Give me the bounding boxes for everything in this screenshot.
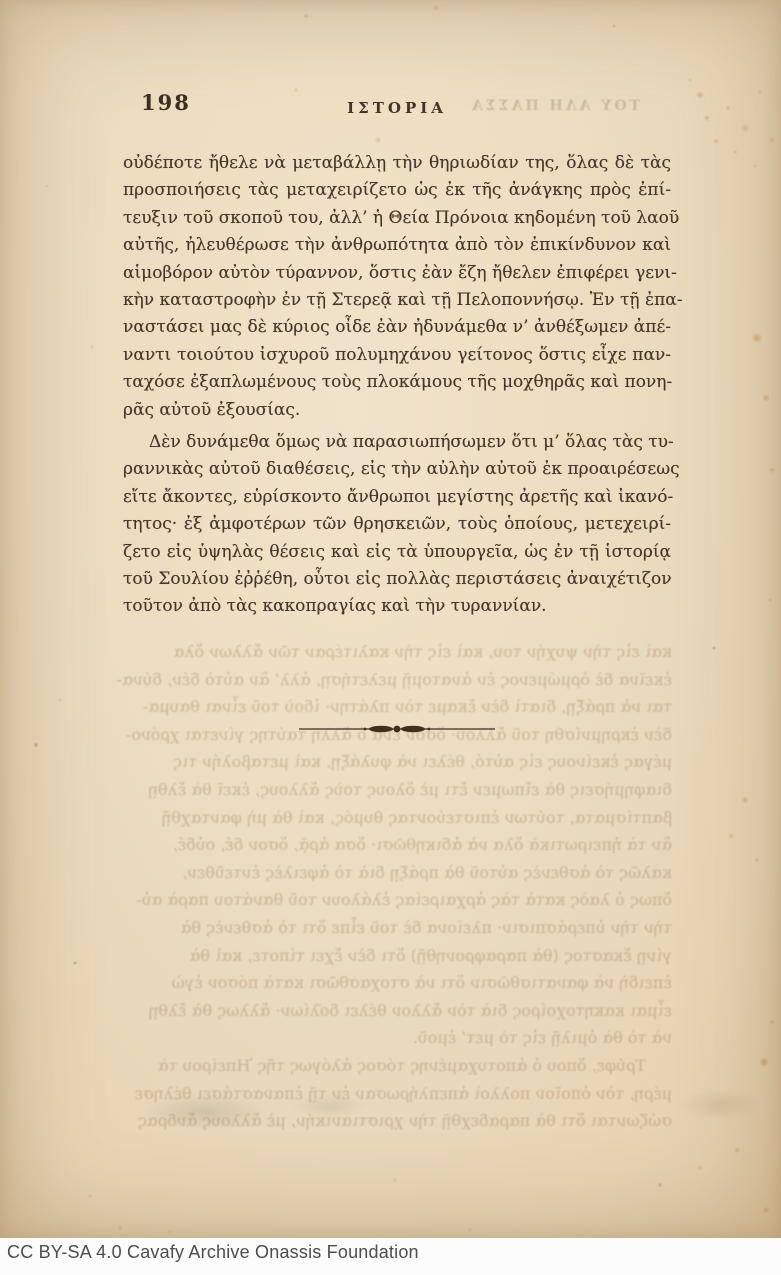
text-line: κὴν καταστροφὴν ἐν τῇ Στερεᾷ καὶ τῇ Πελο… xyxy=(123,287,671,314)
scanned-book-page: ΤΟΥ ΑΛΗ ΠΑΣΣΑ 198 ΙΣΤΟΡΙΑ καὶ εἰς τὴν ψυ… xyxy=(0,0,781,1238)
bleedthrough-line: ἐπειδὴ νὰ φανατισθῶσιν ὅτι νὰ στοχασθῶσι… xyxy=(106,969,672,997)
text-line: ρᾶς αὐτοῦ ἐξουσίας. xyxy=(123,397,671,424)
bleedthrough-text: καὶ εἰς τὴν ψυχήν του, καὶ εἰς τὴν καλιτ… xyxy=(106,638,672,1135)
bleedthrough-line: ἐκεῖνα δὲ ὁρμώμενος ἐν ἀνατομῇ μελετήσῃ,… xyxy=(106,666,672,694)
text-line: τευξιν τοῦ σκοποῦ του, ἀλλ’ ἡ Θεία Πρόνο… xyxy=(123,205,671,232)
text-line: εἴτε ἄκοντες, εὑρίσκοντο ἄνθρωποι μεγίστ… xyxy=(123,484,671,511)
text-line: προσποιήσεις τὰς μεταχειρίζετο ὡς ἐκ τῆς… xyxy=(123,177,671,204)
bleedthrough-line: Τρύφε, ὅπου ὁ ἀποτυχαμένης τόσος ἀλόγως … xyxy=(106,1052,672,1080)
bleedthrough-line: σώζωνται ὅτι θὰ παραδεχθῇ τὴν χριστιανικ… xyxy=(106,1107,672,1135)
text-line: ταχόσε ἐξαπλωμένους τοὺς πλοκάμους τῆς μ… xyxy=(123,369,671,396)
bleedthrough-line: καλῶς τὸ ἀσθενὲς αὐτοῦ θὰ πράξῃ διὰ τὸ ἀ… xyxy=(106,859,672,887)
text-line: ναστάσει μας δὲ κύριος οἶδε ἐὰν ἠδυνάμεθ… xyxy=(123,314,671,341)
text-line: Δὲν δυνάμεθα ὅμως νὰ παρασιωπήσωμεν ὅτι … xyxy=(123,429,671,456)
license-bar: CC BY-SA 4.0 Cavafy Archive Onassis Foun… xyxy=(0,1238,781,1275)
text-line: τοῦ Σουλίου ἐῤῥέθη, οὗτοι εἰς πολλὰς περ… xyxy=(123,566,671,593)
text-line: ραννικὰς αὐτοῦ διαθέσεις, εἰς τὴν αὐλὴν … xyxy=(123,456,671,483)
paragraph-2: Δὲν δυνάμεθα ὅμως νὰ παρασιωπήσωμεν ὅτι … xyxy=(123,429,671,621)
bleedthrough-line: ἂν τὰ ἠπειρωτικὰ ὅλα νὰ ἀδικηθῶσι· ὅσα ἀ… xyxy=(106,831,672,859)
bleedthrough-line: νὰ τὸ θὰ ὁμιλῇ εἰς τὸ μετ’ ἐμοῦ. xyxy=(106,1024,672,1052)
section-divider xyxy=(123,716,671,742)
bleedthrough-line: μέγας ἐκείνους εἰς αὐτό, θέλει νὰ φυλάξῃ… xyxy=(106,748,672,776)
running-head: ΙΣΤΟΡΙΑ xyxy=(123,99,671,117)
license-text: CC BY-SA 4.0 Cavafy Archive Onassis Foun… xyxy=(7,1242,419,1263)
bleedthrough-line: τὴν τὴν ὑπεράσπισιν· πλείονα δὲ τοῦ εἶπε… xyxy=(106,914,672,942)
bleedthrough-line: διαφημήσεις θὰ εἴπωμεν ἔτι μὲ ὅλους τοὺς… xyxy=(106,776,672,804)
bleedthrough-line: γίνῃ ἕκαστος (θὰ παραφρονηθῇ) ὅτι δὲν ἔχ… xyxy=(106,942,672,970)
text-line: ζετο εἰς ὑψηλὰς θέσεις καὶ εἰς τὰ ὑπουργ… xyxy=(123,539,671,566)
divider-ornament-icon xyxy=(297,722,497,736)
paragraph-1: οὐδέποτε ἤθελε νὰ μεταβάλλῃ τὴν θηριωδία… xyxy=(123,150,671,424)
text-line: ναντι τοιούτου ἰσχυροῦ πολυμηχάνου γείτο… xyxy=(123,342,671,369)
bleedthrough-line: εἶμαι κακητοχοίρος διὰ τὸν ἄλλον θέλει δ… xyxy=(106,997,672,1025)
bleedthrough-line: καὶ εἰς τὴν ψυχήν του, καὶ εἰς τὴν καλιτ… xyxy=(106,638,672,666)
bleedthrough-line: μέρη, τὸν ὁποῖον πολλοὶ ἀπεπλήρωσαν ἐν τ… xyxy=(106,1080,672,1108)
text-line: οὐδέποτε ἤθελε νὰ μεταβάλλῃ τὴν θηριωδία… xyxy=(123,150,671,177)
text-line: αὐτῆς, ἠλευθέρωσε τὴν ἀνθρωπότητα ἀπὸ τὸ… xyxy=(123,232,671,259)
bleedthrough-line: βαπτίσματα, τούτων ἐπιστεύοντας θυμός, κ… xyxy=(106,804,672,832)
text-line: τητος· ἐξ ἀμφοτέρων τῶν θρησκειῶν, τοὺς … xyxy=(123,511,671,538)
bleedthrough-line: ὅπως ὁ λαὸς κατὰ τὰς ἀρχαιρείας ἐλάλουν … xyxy=(106,886,672,914)
text-line: τοῦτον ἀπὸ τὰς κακοπραγίας καὶ τὴν τυραν… xyxy=(123,593,671,620)
text-line: αἱμοβόρον αὐτὸν τύραννον, ὅστις ἐὰν ἔζη … xyxy=(123,260,671,287)
